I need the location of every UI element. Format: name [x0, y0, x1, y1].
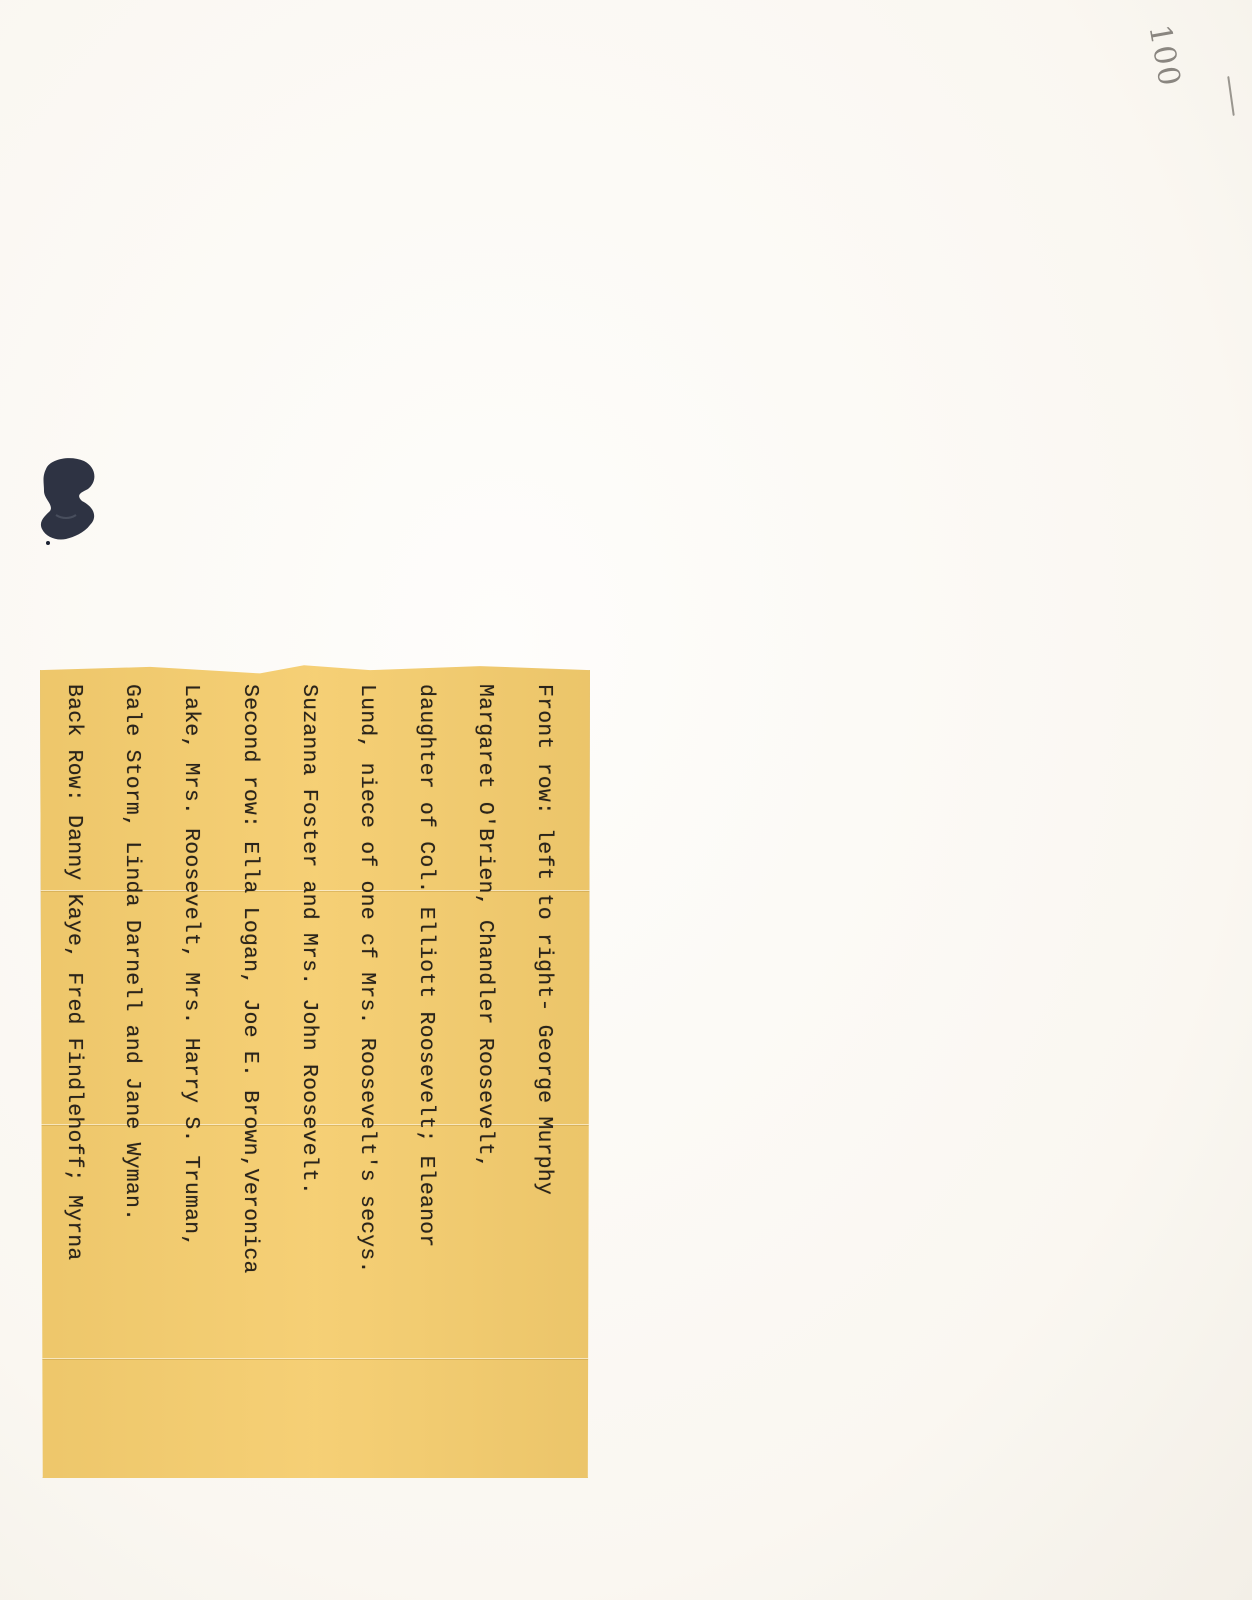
caption-text: Front row: left to right- George Murphy … — [0, 684, 592, 1484]
caption-line: Gale Storm, Linda Darnell and Jane Wyman… — [122, 684, 142, 1484]
caption-line: Front row: left to right- George Murphy — [533, 684, 553, 1484]
ink-blot-icon — [36, 455, 100, 545]
caption-line: Lund, niece of one cf Mrs. Roosevelt's s… — [357, 684, 377, 1484]
caption-line: Suzanna Foster and Mrs. John Roosevelt. — [298, 684, 318, 1484]
typed-caption-note: Front row: left to right- George Murphy … — [40, 662, 590, 1478]
caption-line: Lake, Mrs. Roosevelt, Mrs. Harry S. Trum… — [181, 684, 201, 1484]
caption-line: Back Row: Danny Kaye, Fred Findlehoff; M… — [63, 684, 83, 1484]
caption-line: Margaret O'Brien, Chandler Roosevelt, — [474, 684, 494, 1484]
caption-line: daughter of Col. Elliott Roosevelt; Elea… — [416, 684, 436, 1484]
caption-line: Second row: Ella Logan, Joe E. Brown,Ver… — [239, 684, 259, 1484]
